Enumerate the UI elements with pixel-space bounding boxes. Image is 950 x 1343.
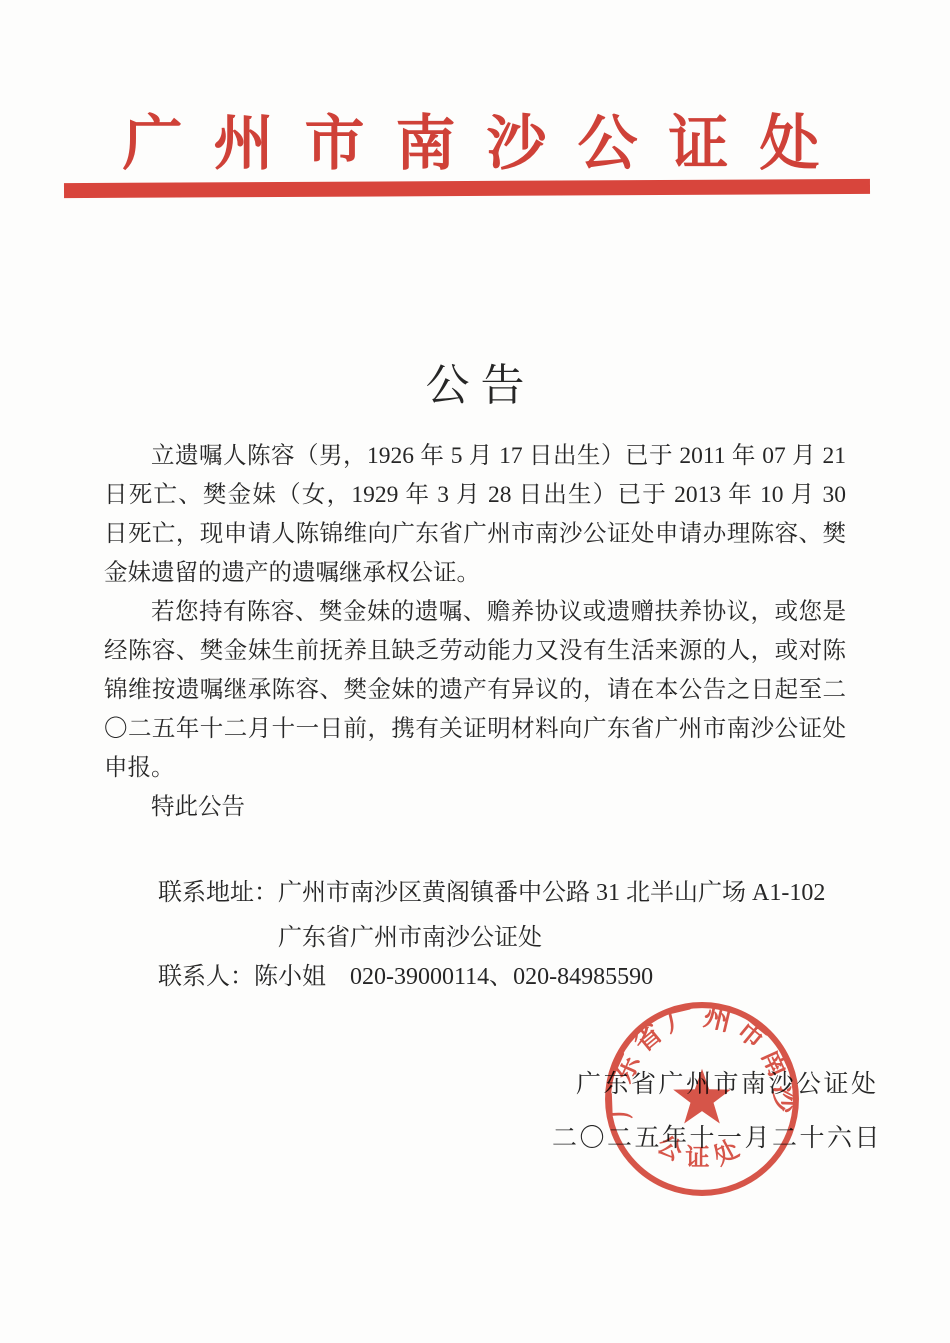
body-line: 立遗嘱人陈容（男，1926 年 5 月 17 日出生）已于 2011 年 07 … [104, 437, 846, 476]
body-line: 若您持有陈容、樊金妹的遗嘱、赡养协议或遗赠扶养协议，或您是 [104, 593, 846, 632]
notice-title: 公 告 [0, 349, 950, 413]
body-line-hereby: 特此公告 [104, 788, 846, 827]
contact-address-block: 联系地址： 广州市南沙区黄阁镇番中公路 31 北半山广场 A1-102 广东省广… [158, 871, 825, 961]
body-line: 日死亡、樊金妹（女，1929 年 3 月 28 日出生）已于 2013 年 10… [104, 476, 846, 515]
svg-text:公证处: 公证处 [652, 1131, 751, 1172]
contact-person-name: 陈小姐 [254, 964, 326, 990]
body-line: 经陈容、樊金妹生前抚养且缺乏劳动能力又没有生活来源的人，或对陈 [104, 632, 846, 671]
contact-address-line2: 广东省广州市南沙公证处 [278, 916, 825, 961]
document-page: 广 州 市 南 沙 公 证 处 公 告 立遗嘱人陈容（男，1926 年 5 月 … [0, 0, 950, 1343]
body-line: 锦维按遗嘱继承陈容、樊金妹的遗产有异议的，请在本公告之日起至二 [104, 671, 846, 710]
contact-person-phones: 020-39000114、020-84985590 [350, 964, 653, 990]
contact-address-line1: 广州市南沙区黄阁镇番中公路 31 北半山广场 A1-102 [278, 871, 825, 916]
letterhead-divider [64, 179, 870, 198]
contact-address-lines: 广州市南沙区黄阁镇番中公路 31 北半山广场 A1-102 广东省广州市南沙公证… [278, 871, 825, 961]
official-seal-graphic: 广东省广州市南沙 公证处 [601, 998, 803, 1200]
contact-person-label: 联系人： [158, 964, 254, 990]
notice-body: 立遗嘱人陈容（男，1926 年 5 月 17 日出生）已于 2011 年 07 … [104, 437, 846, 827]
letterhead-title: 广 州 市 南 沙 公 证 处 [0, 96, 950, 182]
seal-star-icon [673, 1069, 731, 1124]
contact-person-row: 联系人：陈小姐020-39000114、020-84985590 [158, 956, 653, 991]
official-seal: 广东省广州市南沙 公证处 [601, 998, 803, 1200]
body-line: 〇二五年十二月十一日前，携有关证明材料向广东省广州市南沙公证处 [104, 710, 846, 749]
body-line: 申报。 [104, 749, 846, 788]
seal-bottom-text: 公证处 [652, 1131, 751, 1172]
contact-address-label: 联系地址： [158, 871, 278, 916]
body-line: 日死亡，现申请人陈锦维向广东省广州市南沙公证处申请办理陈容、樊 [104, 515, 846, 554]
body-line: 金妹遗留的遗产的遗嘱继承权公证。 [104, 554, 846, 593]
